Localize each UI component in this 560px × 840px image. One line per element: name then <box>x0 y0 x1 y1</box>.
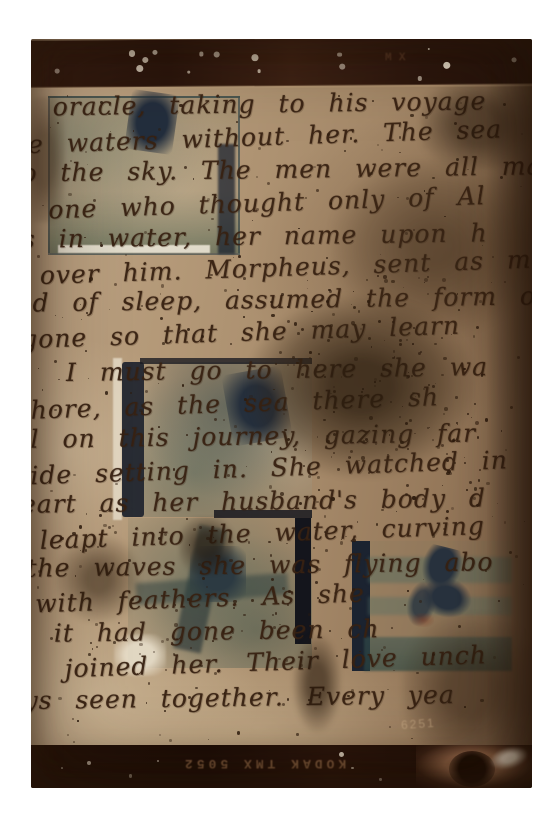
white-speck <box>199 51 204 56</box>
white-speck <box>340 64 346 70</box>
white-speck <box>379 778 381 780</box>
white-speck <box>61 767 63 769</box>
film-border-bottom: KODAK TMX 5052 <box>31 745 532 788</box>
page: { "artwork": { "film_markings": { "botto… <box>0 0 560 840</box>
white-speck <box>512 58 517 63</box>
white-speck <box>443 62 450 69</box>
white-speck <box>152 49 158 55</box>
white-speck <box>351 767 354 770</box>
soot-stain-corner <box>421 79 532 169</box>
ink-smudge-small <box>179 517 234 575</box>
artwork-photo: e oracle, taking to his voyage he waters… <box>31 39 532 788</box>
white-speck <box>142 57 148 63</box>
white-speck <box>129 774 133 778</box>
white-speck <box>257 70 261 74</box>
white-speck <box>337 52 342 57</box>
kodak-film-edge-marking: KODAK TMX 5052 <box>181 756 346 771</box>
ink-smudge-left <box>56 535 141 623</box>
white-speck <box>157 760 159 762</box>
white-speck <box>428 48 430 50</box>
film-edge-marking-top: MX <box>385 52 413 64</box>
white-speck <box>55 69 60 74</box>
white-speck <box>418 76 422 80</box>
soot-stain-bottom-right <box>403 614 532 764</box>
ink-smudge-drip <box>281 627 353 752</box>
white-speck <box>214 51 220 57</box>
white-speck <box>251 54 258 61</box>
film-frame-number: 6251 <box>401 716 437 732</box>
film-border-top: MX <box>31 39 532 88</box>
soot-stain-upper <box>331 159 532 334</box>
stain-layer <box>31 39 532 788</box>
white-speck <box>136 65 143 72</box>
edge-stain <box>31 97 65 222</box>
white-speck <box>87 761 91 765</box>
white-speck <box>187 71 190 74</box>
white-speck <box>128 50 135 57</box>
soot-stain-main <box>246 294 476 479</box>
dark-right-band <box>486 79 532 749</box>
